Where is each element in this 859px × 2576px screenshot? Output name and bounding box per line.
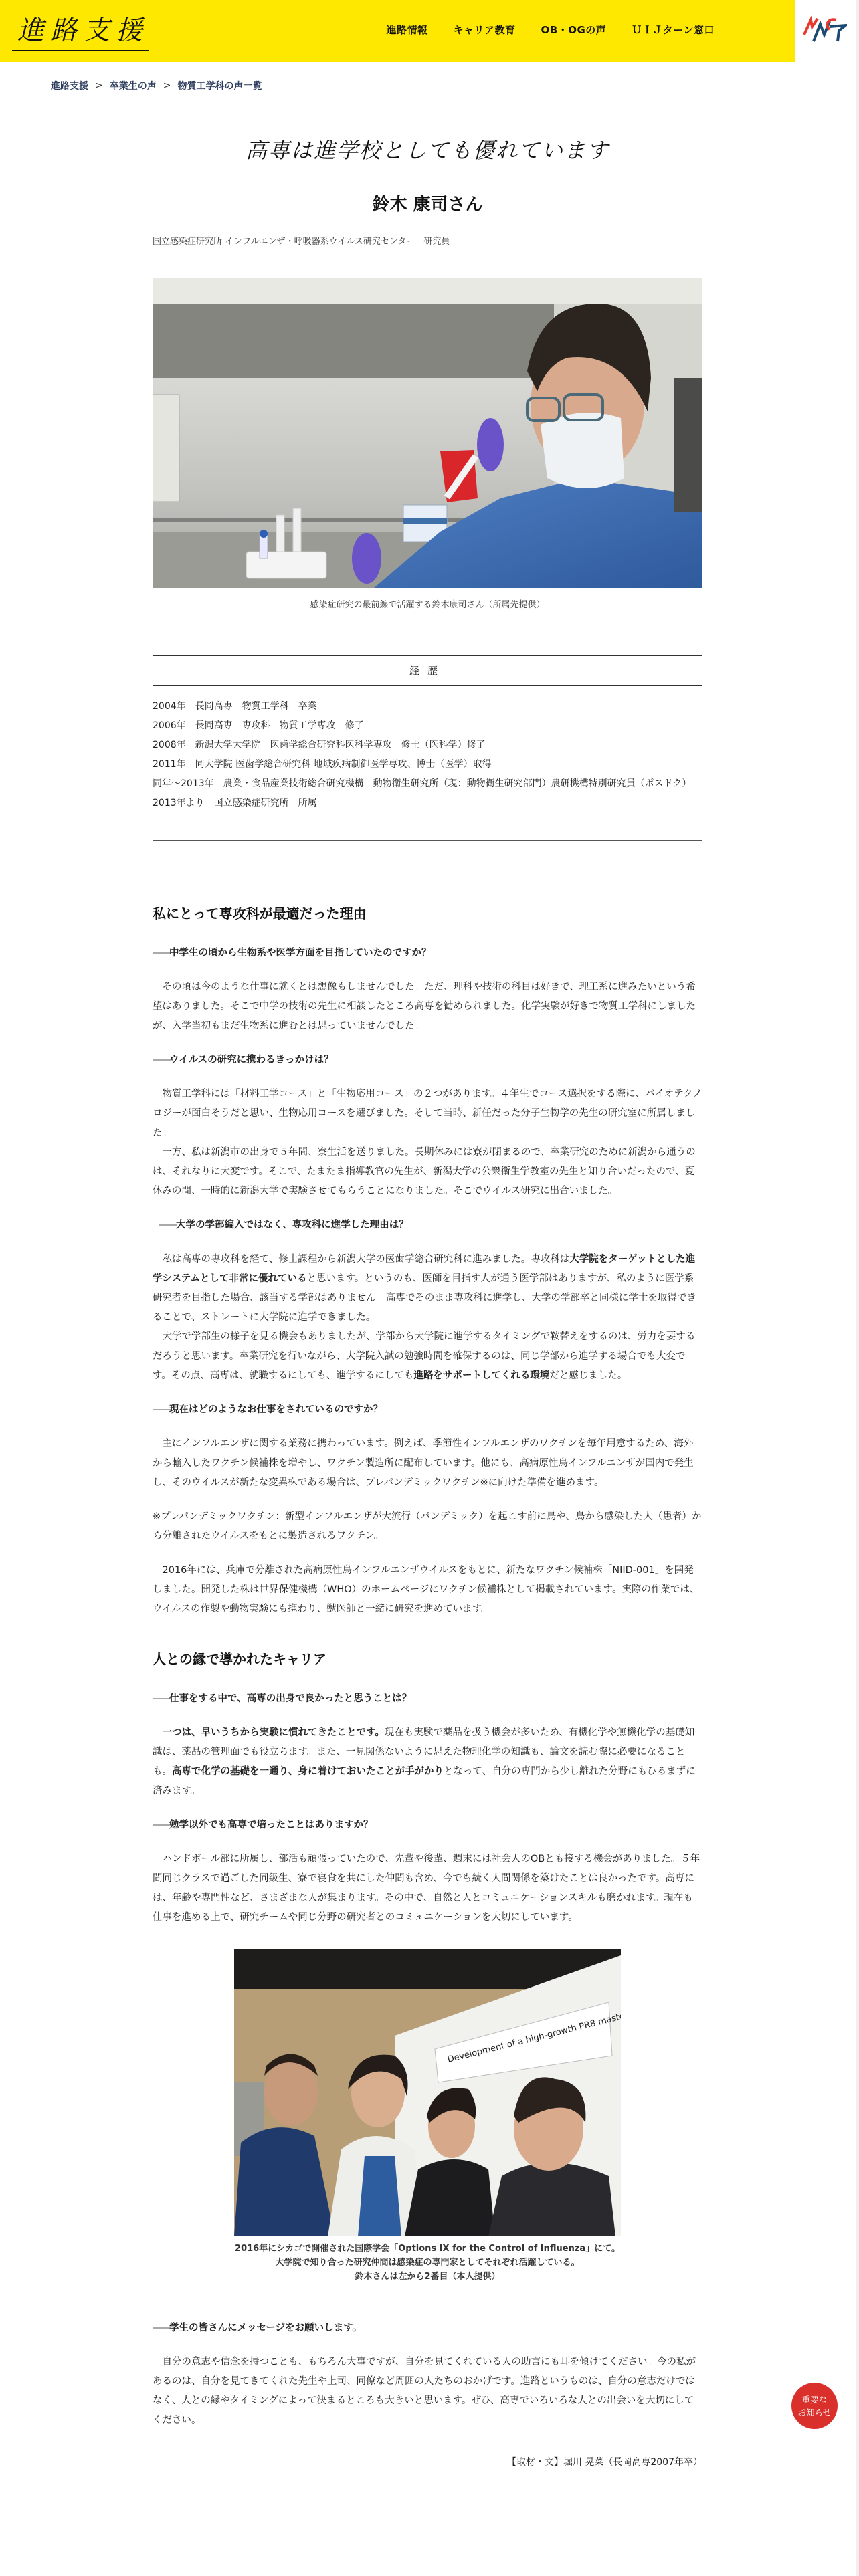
question-dash: ―― — [159, 1220, 176, 1230]
question-dash: ―― — [153, 1055, 169, 1065]
main-nav: 進路情報 キャリア教育 OB・OGの声 ＵＩＪターン窓口 — [361, 23, 714, 37]
breadcrumb-career-support[interactable]: 進路支援 — [51, 79, 88, 92]
question-dash: ―― — [153, 1820, 169, 1830]
conference-figure: Development of a high-growth PR8 master … — [234, 1949, 621, 2284]
answer-paragraph: 自分の意志や信念を持つことも、もちろん大事ですが、自分を見てくれている人の助言に… — [153, 2353, 702, 2430]
career-item: 2013年より 国立感染症研究所 所属 — [153, 794, 702, 813]
site-header: 進路支援 進路情報 キャリア教育 OB・OGの声 ＵＩＪターン窓口 — [0, 0, 859, 62]
section-heading: 人との縁で導かれたキャリア — [153, 1650, 702, 1669]
breadcrumb: 進路支援 > 卒業生の声 > 物質工学科の声一覧 — [51, 79, 262, 92]
interview-question: ――現在はどのようなお仕事をされているのですか？ — [153, 1400, 702, 1420]
career-list: 2004年 長岡高専 物質工学科 卒業 2006年 長岡高専 専攻科 物質工学専… — [153, 697, 702, 813]
answer-paragraph: 私は高専の専攻科を経て、修士課程から新潟大学の医歯学総合研究科に進みました。専攻… — [153, 1250, 702, 1327]
career-divider — [153, 840, 702, 841]
site-title-link[interactable]: 進路支援 — [12, 15, 149, 51]
person-name: 鈴木 康司さん — [153, 191, 702, 215]
career-item: 2011年 同大学院 医歯学総合研究科 地域疾病制御医学専攻、博士（医学）取得 — [153, 755, 702, 774]
nav-item-uij-turn[interactable]: ＵＩＪターン窓口 — [632, 23, 714, 37]
page-scrollbar[interactable] — [856, 0, 859, 2576]
lab-photo-caption: 感染症研究の最前線で活躍する鈴木康司さん（所属先提供） — [153, 597, 702, 610]
answer-paragraph: その頃は今のような仕事に就くとは想像もしませんでした。ただ、理科や技術の科目は好… — [153, 978, 702, 1036]
answer-paragraph: 一つは、早いうちから実験に慣れてきたことです。現在も実験で薬品を扱う機会が多いた… — [153, 1723, 702, 1801]
interview-question: ――学生の皆さんにメッセージをお願いします。 — [153, 2319, 702, 2338]
emphasis-text: 一つは、早いうちから実験に慣れてきたことです。 — [163, 1727, 385, 1738]
school-logo-icon[interactable] — [801, 15, 847, 45]
conference-photo: Development of a high-growth PR8 master … — [234, 1949, 621, 2236]
footnote: ※プレパンデミックワクチン：新型インフルエンザが大流行（パンデミック）を起こす前… — [153, 1507, 702, 1546]
question-dash: ―― — [153, 948, 169, 958]
emphasis-text: 進路をサポートしてくれる環境 — [413, 1370, 549, 1381]
career-item: 同年～2013年 農業・食品産業技術総合研究機構 動物衛生研究所（現：動物衛生研… — [153, 774, 702, 794]
interview-question: ――ウイルスの研究に携わるきっかけは？ — [153, 1051, 702, 1070]
answer-paragraph: 物質工学科には「材料工学コース」と「生物応用コース」の２つがあります。４年生でコ… — [153, 1085, 702, 1143]
answer-paragraph: ハンドボール部に所属し、部活も頑張っていたので、先輩や後輩、週末には社会人のOB… — [153, 1850, 702, 1927]
question-dash: ―― — [153, 1693, 169, 1704]
interview-question: ――勉学以外でも高専で培ったことはありますか？ — [153, 1816, 702, 1835]
article-credit: 【取材・文】堀川 晃菜（長岡高専2007年卒） — [153, 2453, 702, 2472]
interview-question: ――中学生の頃から生物系や医学方面を目指していたのですか？ — [153, 944, 702, 963]
question-dash: ―― — [153, 2323, 169, 2333]
breadcrumb-alumni-voices[interactable]: 卒業生の声 — [110, 79, 157, 92]
affiliation: 国立感染症研究所 インフルエンザ・呼吸器系ウイルス研究センター 研究員 — [153, 234, 702, 247]
nav-item-career-education[interactable]: キャリア教育 — [454, 23, 516, 37]
important-notice-button[interactable]: 重要な お知らせ — [791, 2383, 838, 2429]
lab-photo — [153, 278, 702, 588]
nav-item-career-info[interactable]: 進路情報 — [387, 23, 428, 37]
conference-photo-image: Development of a high-growth PR8 master … — [234, 1949, 621, 2236]
question-dash: ―― — [153, 1404, 169, 1415]
breadcrumb-separator: > — [95, 80, 103, 91]
career-item: 2004年 長岡高専 物質工学科 卒業 — [153, 697, 702, 716]
section-heading: 私にとって専攻科が最適だった理由 — [153, 904, 702, 924]
interview-question: ――仕事をする中で、高専の出身で良かったと思うことは？ — [153, 1689, 702, 1709]
page-title: 高専は進学校としても優れています — [153, 134, 702, 165]
career-item: 2008年 新潟大学大学院 医歯学総合研究科医科学専攻 修士（医科学）修了 — [153, 736, 702, 755]
header-bar: 進路支援 進路情報 キャリア教育 OB・OGの声 ＵＩＪターン窓口 — [0, 0, 795, 62]
emphasis-text: 高専で化学の基礎を一通り、身に着けておいたことが手がかり — [172, 1766, 444, 1777]
lab-photo-image — [153, 278, 702, 588]
conference-photo-caption: 2016年にシカゴで開催された国際学会「Options IX for the C… — [234, 2242, 621, 2284]
answer-paragraph: 2016年には、兵庫で分離された高病原性鳥インフルエンザウイルスをもとに、新たな… — [153, 1561, 702, 1619]
breadcrumb-separator: > — [163, 80, 171, 91]
career-heading: 経歴 — [153, 655, 702, 686]
answer-paragraph: 一方、私は新潟市の出身で５年間、寮生活を送りました。長期休みには寮が閉まるので、… — [153, 1143, 702, 1201]
interview-question: ――大学の学部編入ではなく、専攻科に進学した理由は？ — [153, 1216, 702, 1235]
nav-item-alumni-voices[interactable]: OB・OGの声 — [541, 23, 607, 37]
career-item: 2006年 長岡高専 専攻科 物質工学専攻 修了 — [153, 716, 702, 736]
article-body: 私にとって専攻科が最適だった理由 ――中学生の頃から生物系や医学方面を目指してい… — [153, 889, 702, 2472]
breadcrumb-materials-dept[interactable]: 物質工学科の声一覧 — [177, 79, 262, 92]
answer-paragraph: 主にインフルエンザに関する業務に携わっています。例えば、季節性インフルエンザのワ… — [153, 1434, 702, 1493]
answer-paragraph: 大学で学部生の様子を見る機会もありましたが、学部から大学院に進学するタイミングで… — [153, 1327, 702, 1386]
